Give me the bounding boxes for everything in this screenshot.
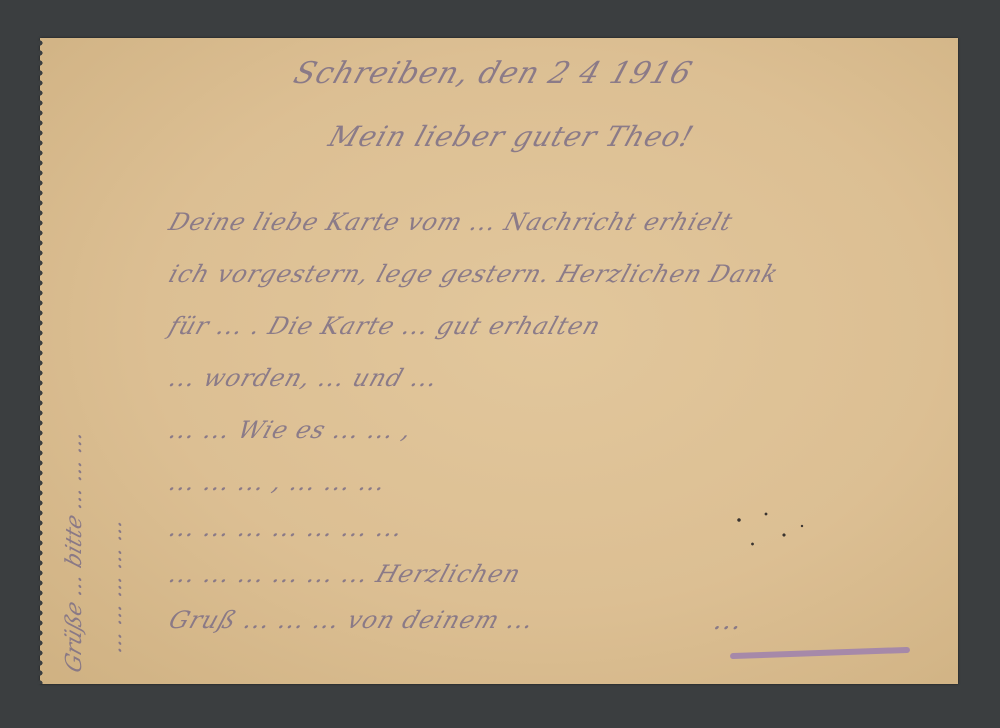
body-line: für ... . Die Karte ... gut erhalten <box>165 312 604 340</box>
ink-specks <box>730 508 820 568</box>
body-line: ... ... ... ... ... ... ... <box>165 514 407 542</box>
margin-note: Grüße ... bitte ... ... ... <box>62 427 87 676</box>
salutation: Mein lieber guter Theo! <box>325 120 699 153</box>
body-line: Gruß ... ... ... von deinem ... <box>165 606 694 634</box>
body-line: Deine liebe Karte vom ... Nachricht erhi… <box>165 208 736 236</box>
body-line: ... ... Wie es ... ... , <box>165 416 416 444</box>
postcard: Schreiben, den 2 4 1916 Mein lieber gute… <box>40 38 958 684</box>
body-line: ich vorgestern, lege gestern. Herzlichen… <box>165 260 782 288</box>
body-line: ... ... ... , ... ... ... <box>165 468 390 496</box>
signature: ... <box>710 606 748 636</box>
body-line: ... worden, ... und ... <box>165 364 442 392</box>
date-header: Schreiben, den 2 4 1916 <box>289 56 696 91</box>
signature-underline <box>730 647 910 659</box>
body-line: ... ... ... ... ... ... Herzlichen <box>165 560 524 588</box>
margin-note: ... ... ... ... ... <box>102 515 127 656</box>
perforated-edge <box>36 38 44 684</box>
